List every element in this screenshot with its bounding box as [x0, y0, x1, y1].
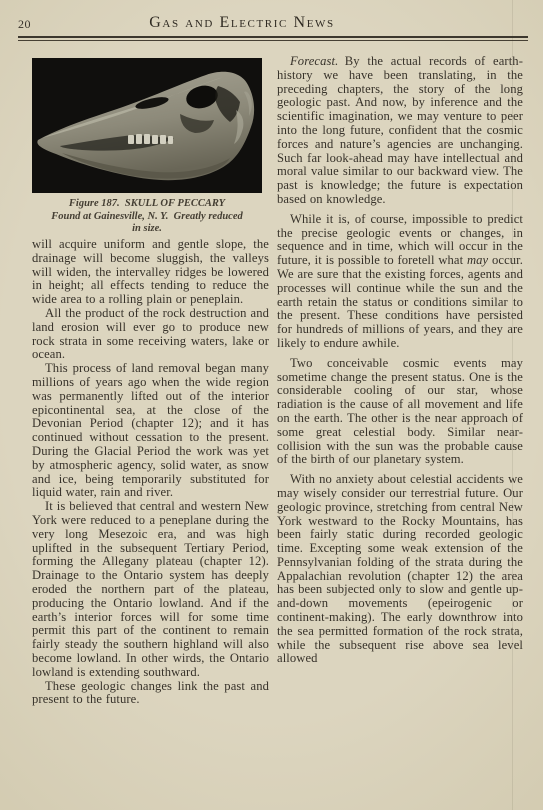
figure-caption-line: in size. — [24, 223, 270, 236]
text-segment: This process of land removal began many … — [32, 361, 269, 499]
figure-caption: Figure 187. SKULL OF PECCARY Found at Ga… — [24, 198, 270, 236]
text-segment: By the actual records of earth-history w… — [277, 54, 523, 206]
text-segment: All the product of the rock destruction … — [32, 306, 269, 361]
peccary-skull-photo — [32, 58, 262, 193]
text-segment: These geologic changes link the past and… — [32, 679, 269, 707]
left-text-column: will acquire uniform and gentle slope, t… — [32, 238, 269, 707]
page-number: 20 — [18, 17, 31, 32]
paragraph: will acquire uniform and gentle slope, t… — [32, 238, 269, 307]
paragraph: Two conceivable cosmic events may someti… — [277, 357, 523, 467]
figure-caption-line: Found at Gainesville, N. Y. Greatly redu… — [24, 211, 270, 224]
text-segment: Two conceivable cosmic events may someti… — [277, 356, 523, 467]
italic-text-segment: Forecast. — [290, 54, 338, 68]
skull-illustration — [32, 58, 262, 193]
text-segment: With no anxiety about celestial accident… — [277, 472, 523, 665]
text-segment: occur. We are sure that the existing for… — [277, 253, 523, 350]
paragraph: These geologic changes link the past and… — [32, 680, 269, 708]
italic-text-segment: may — [467, 253, 488, 267]
paragraph: This process of land removal began many … — [32, 362, 269, 500]
paragraph: Forecast. By the actual records of earth… — [277, 55, 523, 207]
text-segment: will acquire uniform and gentle slope, t… — [32, 237, 269, 306]
paragraph: With no anxiety about celestial accident… — [277, 473, 523, 666]
header-rule — [18, 36, 528, 41]
paragraph: While it is, of course, impossible to pr… — [277, 213, 523, 351]
paragraph: All the product of the rock destruction … — [32, 307, 269, 362]
text-segment: It is believed that central and western … — [32, 499, 269, 679]
right-text-column: Forecast. By the actual records of earth… — [277, 55, 523, 672]
journal-title: Gas and Electric News — [149, 14, 334, 32]
figure-caption-line: Figure 187. SKULL OF PECCARY — [24, 198, 270, 211]
paragraph: It is believed that central and western … — [32, 500, 269, 679]
scanned-page: 20 Gas and Electric News — [0, 0, 543, 810]
